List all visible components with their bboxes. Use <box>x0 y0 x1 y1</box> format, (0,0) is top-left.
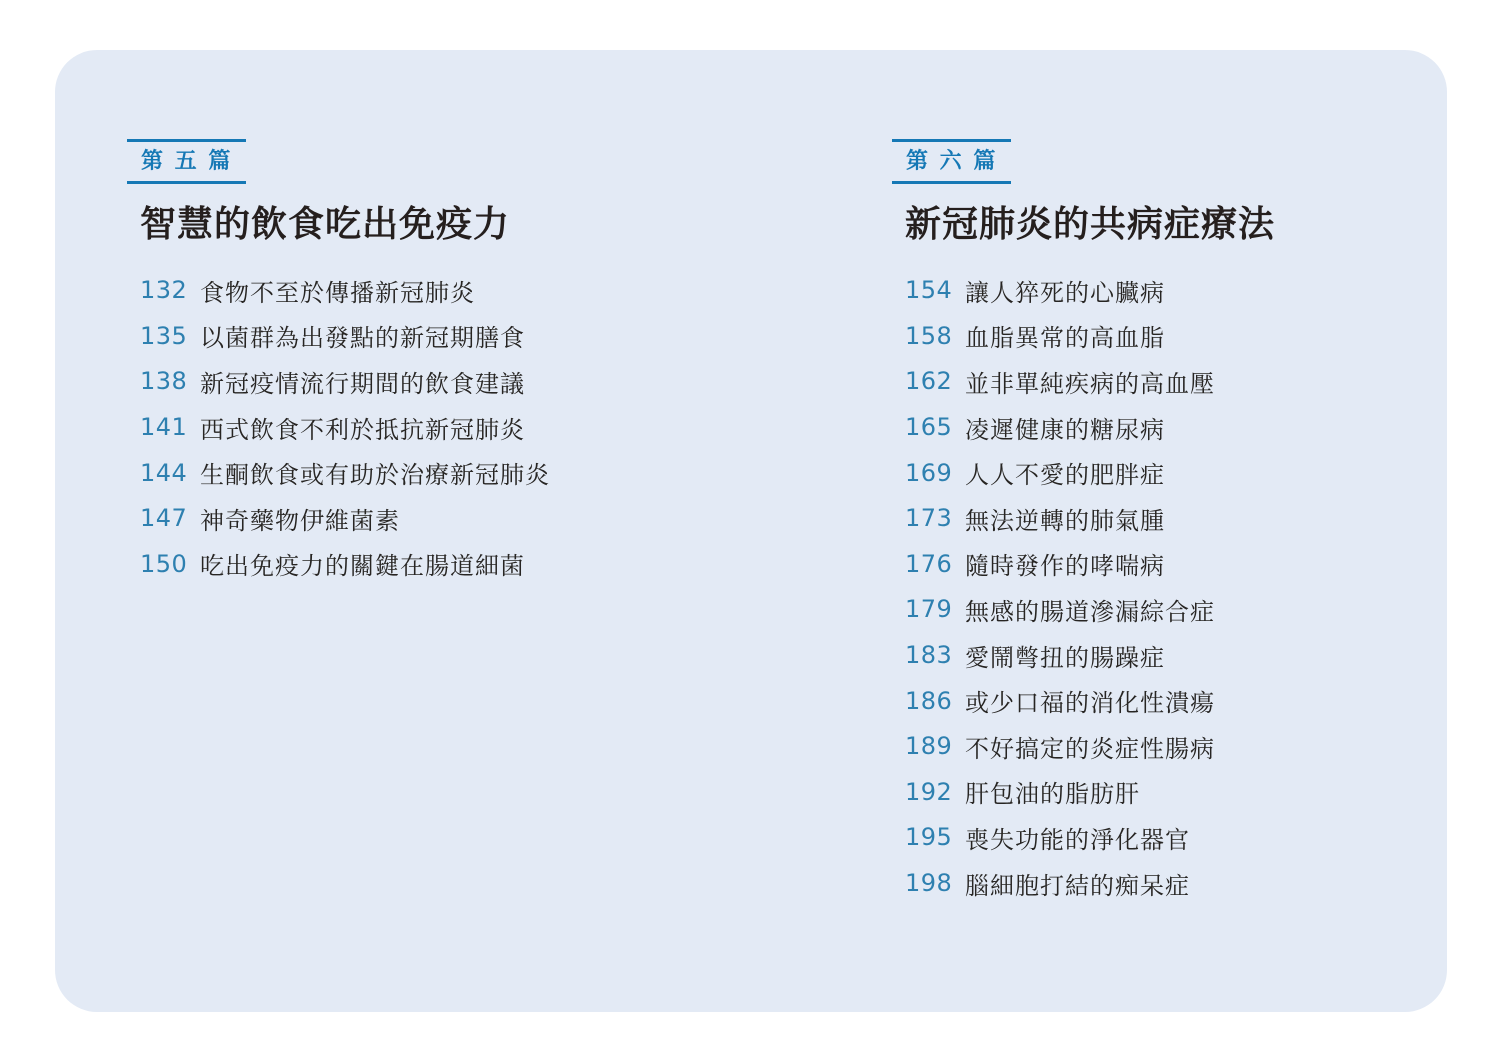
entry-page-number: 189 <box>905 732 965 760</box>
entry-page-number: 147 <box>140 504 200 532</box>
toc-entry: 165凌遲健康的糖尿病 <box>905 404 1425 450</box>
toc-entry: 179無感的腸道滲漏綜合症 <box>905 587 1425 633</box>
entry-title: 西式飲食不利於抵抗新冠肺炎 <box>200 410 525 445</box>
entry-page-number: 169 <box>905 459 965 487</box>
entry-page-number: 186 <box>905 687 965 715</box>
entry-page-number: 192 <box>905 778 965 806</box>
toc-column-chapter6: 第 六 篇 新冠肺炎的共病症療法 154讓人猝死的心臟病158血脂異常的高血脂1… <box>905 139 1425 906</box>
entry-page-number: 158 <box>905 322 965 350</box>
entry-page-number: 141 <box>140 413 200 441</box>
chapter-title: 智慧的飲食吃出免疫力 <box>140 204 840 245</box>
entry-title: 無感的腸道滲漏綜合症 <box>965 592 1215 627</box>
entry-title: 凌遲健康的糖尿病 <box>965 410 1165 445</box>
toc-list: 154讓人猝死的心臟病158血脂異常的高血脂162並非單純疾病的高血壓165凌遲… <box>905 267 1425 905</box>
toc-entry: 138新冠疫情流行期間的飲食建議 <box>140 359 840 405</box>
entry-page-number: 179 <box>905 595 965 623</box>
entry-page-number: 135 <box>140 322 200 350</box>
toc-entry: 186或少口福的消化性潰瘍 <box>905 678 1425 724</box>
toc-entry: 150吃出免疫力的關鍵在腸道細菌 <box>140 541 840 587</box>
chapter-badge: 第 五 篇 <box>127 139 246 184</box>
entry-page-number: 132 <box>140 276 200 304</box>
entry-page-number: 165 <box>905 413 965 441</box>
entry-title: 不好搞定的炎症性腸病 <box>965 729 1215 764</box>
toc-entry: 154讓人猝死的心臟病 <box>905 267 1425 313</box>
entry-page-number: 138 <box>140 367 200 395</box>
toc-entry: 183愛鬧彆扭的腸躁症 <box>905 632 1425 678</box>
entry-title: 隨時發作的哮喘病 <box>965 546 1165 581</box>
toc-entry: 195喪失功能的淨化器官 <box>905 815 1425 861</box>
toc-entry: 132食物不至於傳播新冠肺炎 <box>140 267 840 313</box>
entry-page-number: 176 <box>905 550 965 578</box>
entry-title: 神奇藥物伊維菌素 <box>200 501 400 536</box>
entry-page-number: 150 <box>140 550 200 578</box>
entry-title: 或少口福的消化性潰瘍 <box>965 683 1215 718</box>
toc-entry: 162並非單純疾病的高血壓 <box>905 359 1425 405</box>
toc-entry: 189不好搞定的炎症性腸病 <box>905 723 1425 769</box>
entry-page-number: 162 <box>905 367 965 395</box>
chapter-title: 新冠肺炎的共病症療法 <box>905 204 1425 245</box>
entry-title: 吃出免疫力的關鍵在腸道細菌 <box>200 546 525 581</box>
toc-entry: 135以菌群為出發點的新冠期膳食 <box>140 313 840 359</box>
entry-title: 食物不至於傳播新冠肺炎 <box>200 273 475 308</box>
entry-page-number: 144 <box>140 459 200 487</box>
toc-column-chapter5: 第 五 篇 智慧的飲食吃出免疫力 132食物不至於傳播新冠肺炎135以菌群為出發… <box>140 139 840 587</box>
toc-entry: 141西式飲食不利於抵抗新冠肺炎 <box>140 404 840 450</box>
entry-title: 並非單純疾病的高血壓 <box>965 364 1215 399</box>
toc-entry: 192肝包油的脂肪肝 <box>905 769 1425 815</box>
entry-page-number: 195 <box>905 823 965 851</box>
entry-page-number: 183 <box>905 641 965 669</box>
toc-page-card: 第 五 篇 智慧的飲食吃出免疫力 132食物不至於傳播新冠肺炎135以菌群為出發… <box>55 50 1447 1012</box>
entry-page-number: 198 <box>905 869 965 897</box>
entry-page-number: 173 <box>905 504 965 532</box>
toc-entry: 158血脂異常的高血脂 <box>905 313 1425 359</box>
entry-title: 肝包油的脂肪肝 <box>965 774 1140 809</box>
toc-entry: 198腦細胞打結的痴呆症 <box>905 860 1425 906</box>
entry-title: 喪失功能的淨化器官 <box>965 820 1190 855</box>
toc-entry: 176隨時發作的哮喘病 <box>905 541 1425 587</box>
toc-entry: 173無法逆轉的肺氣腫 <box>905 495 1425 541</box>
entry-title: 新冠疫情流行期間的飲食建議 <box>200 364 525 399</box>
entry-page-number: 154 <box>905 276 965 304</box>
entry-title: 腦細胞打結的痴呆症 <box>965 866 1190 901</box>
entry-title: 愛鬧彆扭的腸躁症 <box>965 638 1165 673</box>
entry-title: 生酮飲食或有助於治療新冠肺炎 <box>200 455 550 490</box>
entry-title: 人人不愛的肥胖症 <box>965 455 1165 490</box>
entry-title: 血脂異常的高血脂 <box>965 318 1165 353</box>
chapter-badge: 第 六 篇 <box>892 139 1011 184</box>
toc-list: 132食物不至於傳播新冠肺炎135以菌群為出發點的新冠期膳食138新冠疫情流行期… <box>140 267 840 586</box>
entry-title: 讓人猝死的心臟病 <box>965 273 1165 308</box>
entry-title: 無法逆轉的肺氣腫 <box>965 501 1165 536</box>
entry-title: 以菌群為出發點的新冠期膳食 <box>200 318 525 353</box>
toc-entry: 147神奇藥物伊維菌素 <box>140 495 840 541</box>
toc-entry: 169人人不愛的肥胖症 <box>905 450 1425 496</box>
toc-entry: 144生酮飲食或有助於治療新冠肺炎 <box>140 450 840 496</box>
